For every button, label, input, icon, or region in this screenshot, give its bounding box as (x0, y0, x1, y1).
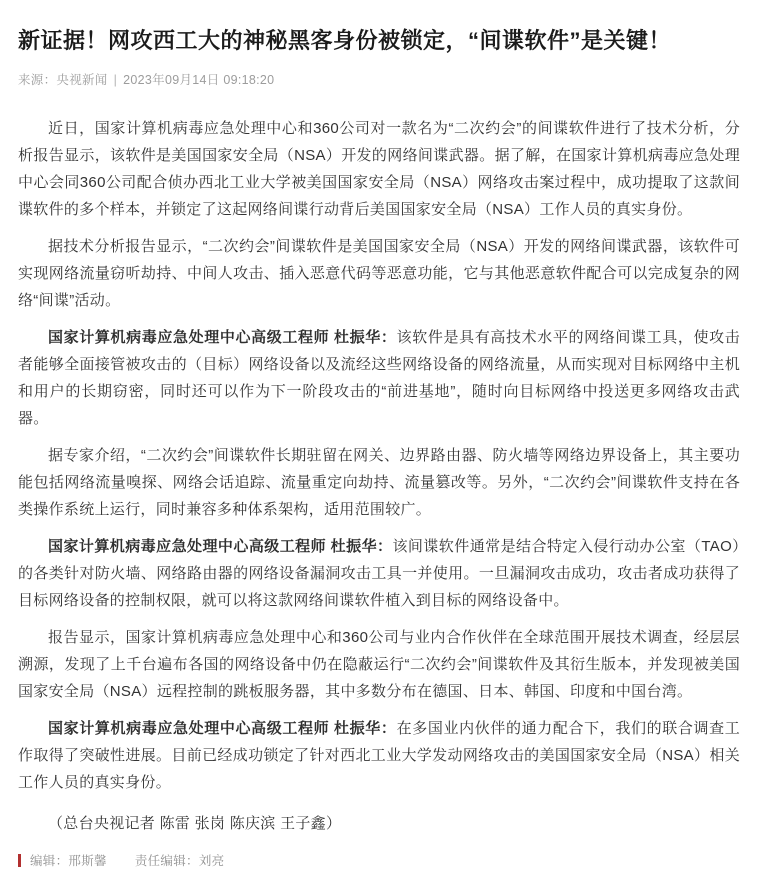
article-paragraph-6: 报告显示，国家计算机病毒应急处理中心和360公司与业内合作伙伴在全球范围开展技术… (18, 624, 740, 705)
reporter-byline: （总台央视记者 陈雷 张岗 陈庆滨 王子鑫） (18, 810, 740, 837)
speaker-label-2: 国家计算机病毒应急处理中心高级工程师 杜振华： (48, 538, 392, 555)
editor-label: 编辑：邢斯馨 (30, 851, 107, 869)
paragraph-2-text: 据技术分析报告显示，“二次约会”间谍软件是美国国家安全局（NSA）开发的网络间谍… (18, 238, 740, 309)
article-meta: 来源：央视新闻|2023年09月14日 09:18:20 (18, 70, 740, 88)
article-title: 新证据！网攻西工大的神秘黑客身份被锁定，“间谍软件”是关键！ (18, 26, 740, 56)
paragraph-4-text: 据专家介绍，“二次约会”间谍软件长期驻留在网关、边界路由器、防火墙等网络边界设备… (18, 447, 740, 518)
article-paragraph-7: 国家计算机病毒应急处理中心高级工程师 杜振华：在多国业内伙伴的通力配合下，我们的… (18, 715, 740, 796)
paragraph-1-text: 近日，国家计算机病毒应急处理中心和360公司对一款名为“二次约会”的间谍软件进行… (18, 120, 740, 218)
speaker-label-1: 国家计算机病毒应急处理中心高级工程师 杜振华： (48, 329, 397, 346)
article-datetime: 2023年09月14日 09:18:20 (123, 73, 274, 87)
article-body: 近日，国家计算机病毒应急处理中心和360公司对一款名为“二次约会”的间谍软件进行… (18, 115, 740, 837)
chief-editor-label: 责任编辑：刘亮 (135, 851, 225, 869)
article-page: 新证据！网攻西工大的神秘黑客身份被锁定，“间谍软件”是关键！ 来源：央视新闻|2… (0, 26, 758, 889)
editor-footer: 编辑：邢斯馨 责任编辑：刘亮 (18, 851, 740, 869)
red-bar-icon (18, 854, 21, 867)
article-paragraph-1: 近日，国家计算机病毒应急处理中心和360公司对一款名为“二次约会”的间谍软件进行… (18, 115, 740, 223)
article-paragraph-2: 据技术分析报告显示，“二次约会”间谍软件是美国国家安全局（NSA）开发的网络间谍… (18, 233, 740, 314)
article-paragraph-3: 国家计算机病毒应急处理中心高级工程师 杜振华：该软件是具有高技术水平的网络间谍工… (18, 324, 740, 432)
article-source: 来源：央视新闻 (18, 73, 108, 87)
article-paragraph-5: 国家计算机病毒应急处理中心高级工程师 杜振华：该间谍软件通常是结合特定入侵行动办… (18, 533, 740, 614)
paragraph-6-text: 报告显示，国家计算机病毒应急处理中心和360公司与业内合作伙伴在全球范围开展技术… (18, 629, 740, 700)
meta-separator: | (114, 73, 118, 87)
article-paragraph-4: 据专家介绍，“二次约会”间谍软件长期驻留在网关、边界路由器、防火墙等网络边界设备… (18, 442, 740, 523)
speaker-label-3: 国家计算机病毒应急处理中心高级工程师 杜振华： (48, 720, 397, 737)
